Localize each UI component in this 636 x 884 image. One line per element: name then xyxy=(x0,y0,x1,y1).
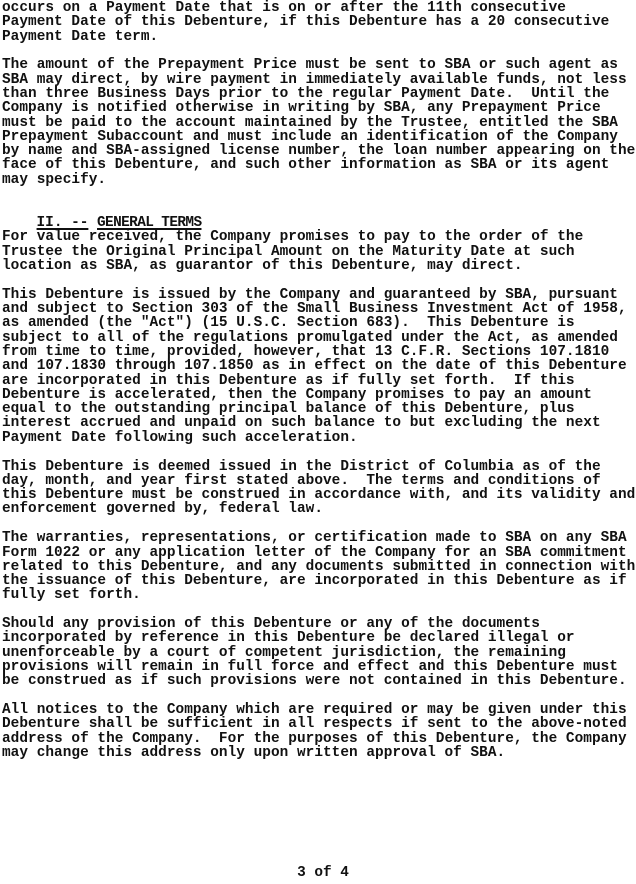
text-line: enforcement governed by, federal law. xyxy=(2,502,636,516)
text-line: interest accrued and unpaid on such bala… xyxy=(2,416,636,430)
text-line: Payment Date of this Debenture, if this … xyxy=(2,15,636,29)
text-line: Debenture shall be sufficient in all res… xyxy=(2,717,636,731)
text-line: day, month, and year first stated above.… xyxy=(2,474,636,488)
text-line: Prepayment Subaccount and must include a… xyxy=(2,130,636,144)
paragraph: For value received, the Company promises… xyxy=(2,230,636,273)
text-line: be construed as if such provisions were … xyxy=(2,674,636,688)
text-line: from time to time, provided, however, th… xyxy=(2,345,636,359)
body-text-before-heading: occurs on a Payment Date that is on or a… xyxy=(2,1,636,187)
text-line: Trustee the Original Principal Amount on… xyxy=(2,245,636,259)
body-text-after-heading: For value received, the Company promises… xyxy=(2,230,636,760)
text-line: face of this Debenture, and such other i… xyxy=(2,158,636,172)
text-line: occurs on a Payment Date that is on or a… xyxy=(2,1,636,15)
paragraph: occurs on a Payment Date that is on or a… xyxy=(2,1,636,44)
text-line: The amount of the Prepayment Price must … xyxy=(2,58,636,72)
paragraph: The warranties, representations, or cert… xyxy=(2,531,636,602)
section-heading: II. -- GENERAL TERMS xyxy=(2,202,636,216)
text-line: related to this Debenture, and any docum… xyxy=(2,560,636,574)
text-line: incorporated by reference in this Debent… xyxy=(2,631,636,645)
text-line: Company is notified otherwise in writing… xyxy=(2,101,636,115)
text-line: and subject to Section 303 of the Small … xyxy=(2,302,636,316)
text-line: All notices to the Company which are req… xyxy=(2,703,636,717)
text-line: Payment Date term. xyxy=(2,30,636,44)
text-line: This Debenture is deemed issued in the D… xyxy=(2,460,636,474)
text-line: SBA may direct, by wire payment in immed… xyxy=(2,73,636,87)
paragraph: Should any provision of this Debenture o… xyxy=(2,617,636,688)
text-line: the issuance of this Debenture, are inco… xyxy=(2,574,636,588)
paragraph: The amount of the Prepayment Price must … xyxy=(2,58,636,187)
paragraph: This Debenture is issued by the Company … xyxy=(2,288,636,445)
text-line: Payment Date following such acceleration… xyxy=(2,431,636,445)
text-line: unenforceable by a court of competent ju… xyxy=(2,646,636,660)
text-line: as amended (the "Act") (15 U.S.C. Sectio… xyxy=(2,316,636,330)
text-line: than three Business Days prior to the re… xyxy=(2,87,636,101)
text-line: equal to the outstanding principal balan… xyxy=(2,402,636,416)
page-number: 3 of 4 xyxy=(0,866,636,880)
text-line: fully set forth. xyxy=(2,588,636,602)
text-line: This Debenture is issued by the Company … xyxy=(2,288,636,302)
text-line: provisions will remain in full force and… xyxy=(2,660,636,674)
text-line: subject to all of the regulations promul… xyxy=(2,331,636,345)
text-line: by name and SBA-assigned license number,… xyxy=(2,144,636,158)
text-line: and 107.1830 through 107.1850 as in effe… xyxy=(2,359,636,373)
text-line: address of the Company. For the purposes… xyxy=(2,732,636,746)
text-line: For value received, the Company promises… xyxy=(2,230,636,244)
text-line: this Debenture must be construed in acco… xyxy=(2,488,636,502)
paragraph: This Debenture is deemed issued in the D… xyxy=(2,460,636,517)
text-line: may specify. xyxy=(2,173,636,187)
text-line: location as SBA, as guarantor of this De… xyxy=(2,259,636,273)
text-line: Should any provision of this Debenture o… xyxy=(2,617,636,631)
text-line: may change this address only upon writte… xyxy=(2,746,636,760)
paragraph: All notices to the Company which are req… xyxy=(2,703,636,760)
text-line: The warranties, representations, or cert… xyxy=(2,531,636,545)
text-line: Form 1022 or any application letter of t… xyxy=(2,546,636,560)
text-line: must be paid to the account maintained b… xyxy=(2,116,636,130)
document-page: occurs on a Payment Date that is on or a… xyxy=(2,1,636,775)
text-line: Debenture is accelerated, then the Compa… xyxy=(2,388,636,402)
text-line: are incorporated in this Debenture as if… xyxy=(2,374,636,388)
